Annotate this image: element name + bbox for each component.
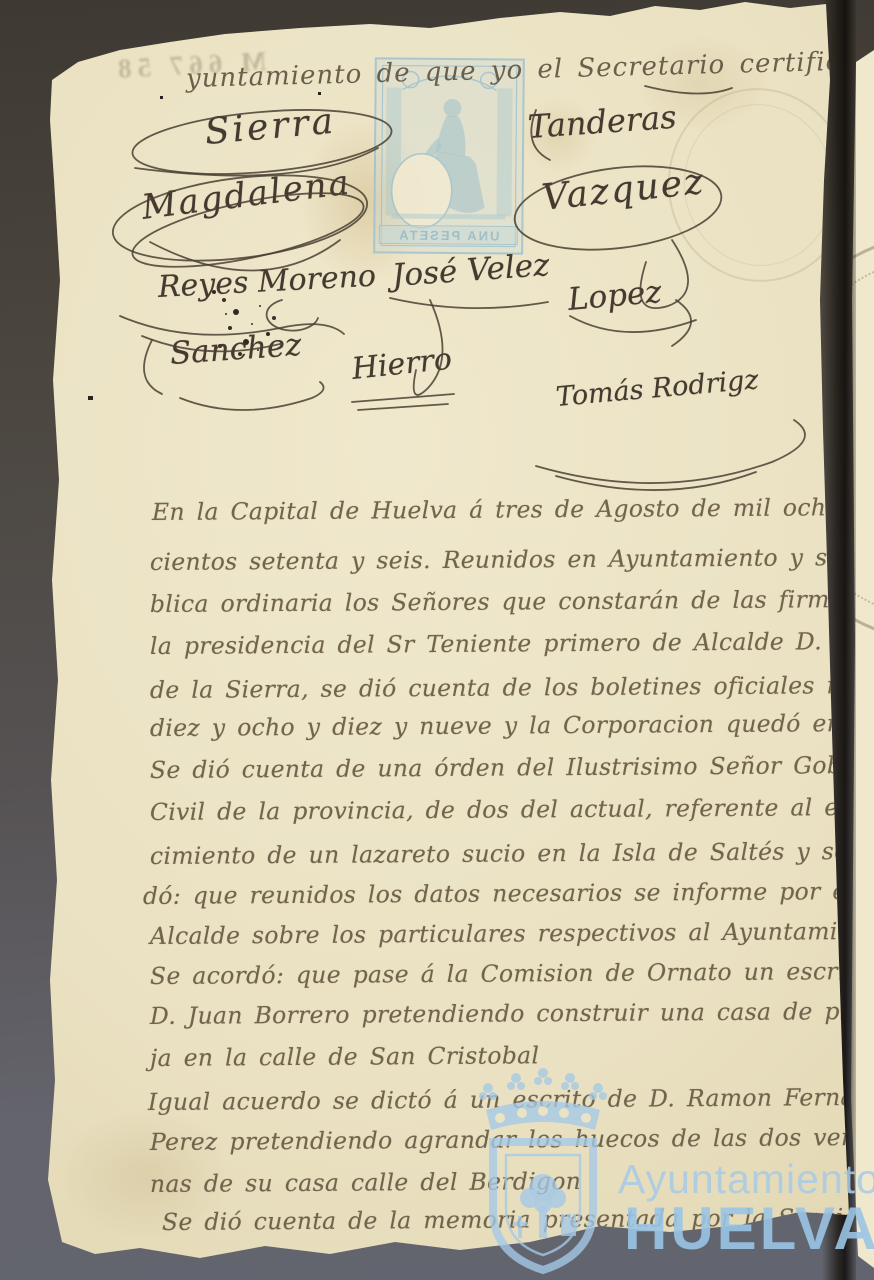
manuscript-line: nas de su casa calle del Berdigon [150, 1167, 581, 1198]
manuscript-line: Civil de la provincia, de dos del actual… [150, 793, 874, 826]
document-page: M 667 58 UNA PESETA y [0, 0, 874, 1280]
manuscript-line: Se dió cuenta de la memoria presentada p… [162, 1203, 874, 1236]
signature: Sanchez [169, 327, 303, 372]
manuscript-line: Se dió cuenta de una órden del Ilustrisi… [150, 750, 874, 784]
manuscript-line: dó: que reunidos los datos necesarios se… [143, 877, 874, 910]
manuscript-line: cientos setenta y seis. Reunidos en Ayun… [150, 542, 874, 576]
manuscript-line: Alcalde sobre los particulares respectiv… [150, 917, 874, 950]
manuscript-line: de la Sierra, se dió cuenta de los bolet… [150, 671, 874, 704]
ink-speck [88, 396, 93, 400]
ink-speck [50, 244, 57, 253]
stamp-right-column [496, 88, 512, 216]
manuscript-line: En la Capital de Huelva á tres de Agosto… [152, 493, 849, 526]
manuscript-line: diez y ocho y diez y nueve y la Corporac… [150, 709, 874, 742]
svg-text:UNA PESETA: UNA PESETA [397, 228, 499, 244]
manuscript-line: Se acordó: que pase á la Comision de Orn… [150, 957, 874, 990]
signature: Hierro [350, 342, 453, 387]
signature: Lopez [566, 274, 663, 318]
scanned-document-photo: M 667 58 UNA PESETA y [0, 0, 874, 1280]
manuscript-line: D. Juan Borrero pretendiendo construir u… [150, 996, 874, 1030]
manuscript-line: blica ordinaria los Señores que constará… [150, 585, 874, 618]
stamp-denomination-mirrored: UNA PESETA [397, 228, 499, 244]
ink-speck [318, 92, 321, 95]
signature: Tomás Rodrigz [555, 364, 760, 413]
manuscript-line: cimiento de un lazareto sucio en la Isla… [150, 837, 874, 870]
manuscript-line: la presidencia del Sr Teniente primero d… [150, 627, 874, 660]
manuscript-line: Igual acuerdo se dictó á un escrito de D… [148, 1083, 874, 1116]
manuscript-line: ja en la calle de San Cristobal [150, 1041, 539, 1072]
signature: Reyes Moreno [157, 259, 377, 305]
manuscript-line: Perez pretendiendo agrandar los huecos d… [150, 1123, 874, 1156]
ink-speck [160, 96, 163, 99]
